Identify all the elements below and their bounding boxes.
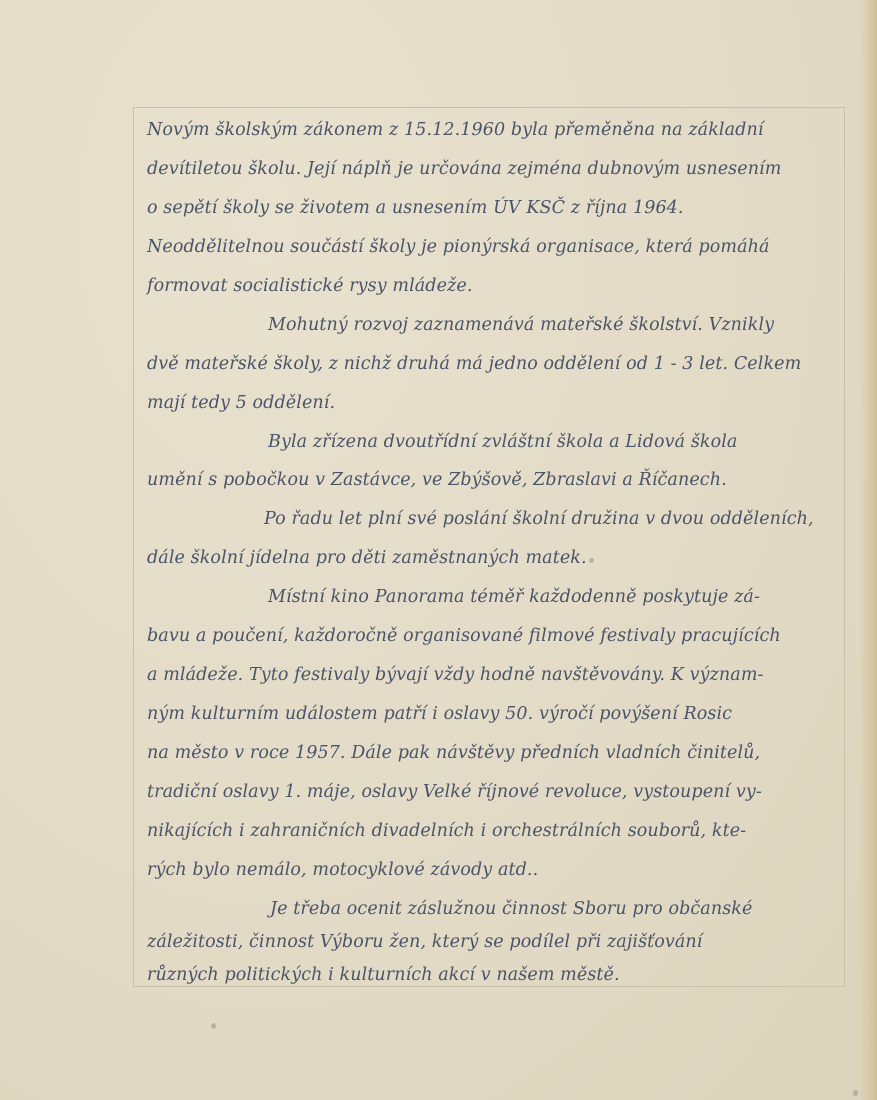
- text-line-19: nikajících i zahraničních divadelních i …: [147, 821, 746, 841]
- text-line-21: Je třeba ocenit záslužnou činnost Sboru …: [270, 899, 752, 919]
- text-line-6: Mohutný rozvoj zaznamenává mateřské škol…: [268, 315, 774, 335]
- text-line-4: Neoddělitelnou součástí školy je pionýrs…: [147, 237, 770, 257]
- text-line-18: tradiční oslavy 1. máje, oslavy Velké ří…: [147, 782, 762, 802]
- text-line-15: a mládeže. Tyto festivaly bývají vždy ho…: [147, 665, 764, 685]
- text-line-13: Místní kino Panorama téměř každodenně po…: [268, 587, 760, 607]
- text-line-1: Novým školským zákonem z 15.12.1960 byla…: [147, 120, 764, 140]
- text-line-12: dále školní jídelna pro děti zaměstnanýc…: [147, 548, 587, 568]
- text-line-5: formovat socialistické rysy mládeže.: [147, 276, 473, 296]
- text-line-16: ným kulturním událostem patří i oslavy 5…: [147, 704, 732, 724]
- page-edge-shadow: [859, 0, 877, 1100]
- text-line-9: Byla zřízena dvoutřídní zvláštní škola a…: [268, 432, 737, 452]
- text-line-3: o sepětí školy se životem a usnesením ÚV…: [147, 198, 684, 218]
- text-line-17: na město v roce 1957. Dále pak návštěvy …: [147, 743, 760, 763]
- text-line-22: záležitosti, činnost Výboru žen, který s…: [147, 932, 703, 952]
- text-line-14: bavu a poučení, každoročně organisované …: [147, 626, 781, 646]
- text-line-7: dvě mateřské školy, z nichž druhá má jed…: [147, 354, 801, 374]
- text-line-11: Po řadu let plní své poslání školní druž…: [264, 509, 814, 529]
- text-line-23: různých politických i kulturních akcí v …: [147, 965, 620, 985]
- paper-stain: [589, 558, 594, 563]
- text-line-2: devítiletou školu. Její náplň je určován…: [147, 159, 781, 179]
- paper-stain: [211, 1023, 216, 1029]
- chronicle-page: Novým školským zákonem z 15.12.1960 byla…: [0, 0, 877, 1100]
- text-line-10: umění s pobočkou v Zastávce, ve Zbýšově,…: [147, 470, 727, 490]
- paper-stain: [853, 1090, 858, 1096]
- text-line-20: rých bylo nemálo, motocyklové závody atd…: [147, 860, 538, 880]
- text-line-8: mají tedy 5 oddělení.: [147, 393, 335, 413]
